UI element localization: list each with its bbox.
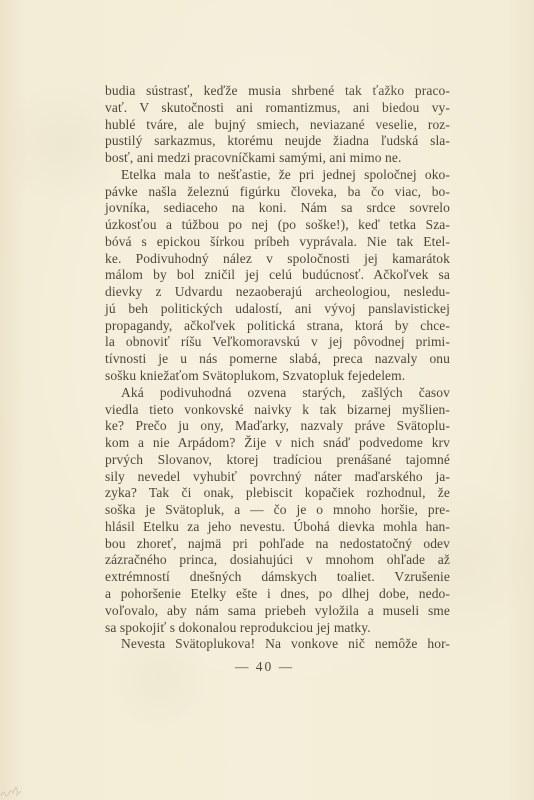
text-line: voľovalo, aby nám sama priebeh vyložila …	[105, 603, 450, 620]
text-line: sa spokojiť s dokonalou reprodukciou jej…	[105, 620, 450, 637]
text-line: málom by bol zničil jej celú budúcnosť. …	[105, 267, 450, 284]
text-line: hlásil Etelku za jeho nevestu. Úbohá die…	[105, 519, 450, 536]
text-line: bou zhoreť, najmä pri pohľade na nedosta…	[105, 536, 450, 553]
text-line: vať. V skutočnosti ani romantizmus, ani …	[105, 100, 450, 117]
text-line: propagandy, ačkoľvek politická strana, k…	[105, 318, 450, 335]
text-line: pávke našla železnú figúrku človeka, ba …	[105, 184, 450, 201]
text-line: jú beh politických udalostí, ani vývoj p…	[105, 301, 450, 318]
text-line: a pohoršenie Etelky ešte i dnes, po dlhe…	[105, 586, 450, 603]
book-page: budia sústrasť, keďže musia shrbené tak …	[0, 0, 534, 800]
text-line: bosť, ani medzi pracovníčkami samými, an…	[105, 150, 450, 167]
text-line: dievky z Udvardu nezaoberajú archeologio…	[105, 284, 450, 301]
text-line: jovníka, sediaceho na koni. Nám sa srdce…	[105, 200, 450, 217]
text-line: la obnoviť ríšu Veľkomoravskú v jej pôvo…	[105, 334, 450, 351]
text-line: prvých Slovanov, ktorej tradíciou prenáš…	[105, 452, 450, 469]
text-line: Etelka mala to nešťastie, že pri jednej …	[105, 167, 450, 184]
text-line: úzkosťou a túžbou po nej (po soške!), ke…	[105, 217, 450, 234]
text-line: Aká podivuhodná ozvena starých, zašlých …	[105, 385, 450, 402]
text-line: tívnosti je u nás pomerne slabá, preca n…	[105, 351, 450, 368]
text-line: pustilý sarkazmus, ktorému neujde žiadna…	[105, 133, 450, 150]
text-line: bóvá s epickou šírkou príbeh vyprávala. …	[105, 234, 450, 251]
text-line: zázračného princa, dosiahujúci v mnohom …	[105, 552, 450, 569]
text-line: ke? Prečo ju ony, Maďarky, nazvaly práve…	[105, 418, 450, 435]
text-line: sošku kniežaťom Svätoplukom, Szvatopluk …	[105, 368, 450, 385]
page-number: — 40 —	[92, 659, 437, 675]
text-line: Nevesta Svätoplukova! Na vonkove nič nem…	[105, 636, 450, 653]
text-line: viedla tieto vonkovské naivky k tak biza…	[105, 402, 450, 419]
text-line: sily nevedel vyhubiť povrchný náter maďa…	[105, 469, 450, 486]
text-line: ke. Podivuhodný nález v spoločnosti jej …	[105, 251, 450, 268]
body-text: budia sústrasť, keďže musia shrbené tak …	[105, 83, 450, 653]
pencil-mark-decoration	[0, 784, 30, 800]
text-line: soška je Svätopluk, a — čo je o mnoho ho…	[105, 502, 450, 519]
text-line: zyka? Tak či onak, plebiscit kopačiek ro…	[105, 485, 450, 502]
text-line: extrémností dnešných dámskych toaliet. V…	[105, 569, 450, 586]
text-line: hublé tváre, ale bujný smiech, neviazané…	[105, 117, 450, 134]
text-line: kom a nie Arpádom? Žije v nich snáď podv…	[105, 435, 450, 452]
text-line: budia sústrasť, keďže musia shrbené tak …	[105, 83, 450, 100]
